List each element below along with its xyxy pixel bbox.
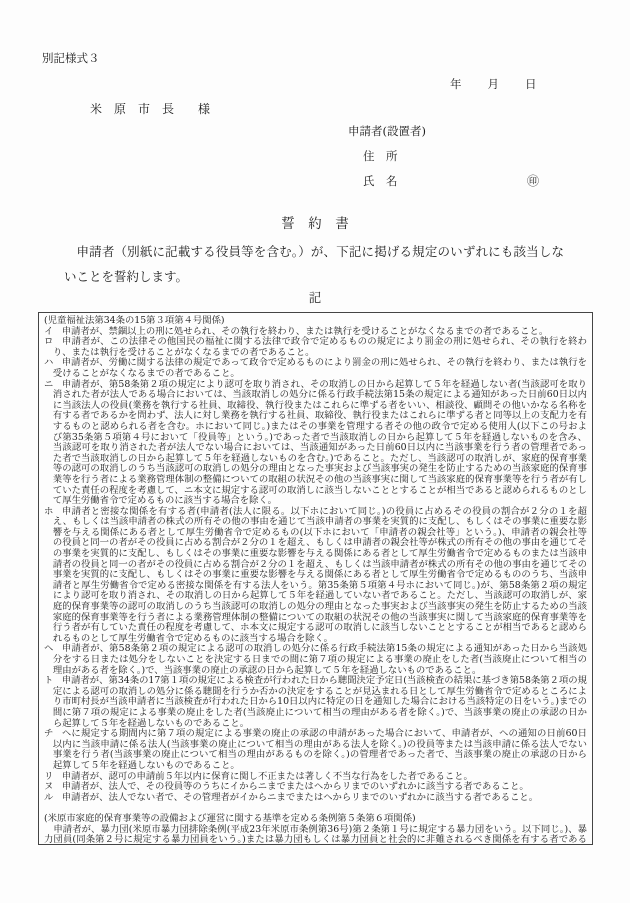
- item-text: 申請者と密接な関係を有する者(申請者(法人に限る。以下ホにおいて同じ。)の役員に…: [53, 506, 587, 644]
- item-text: 申請者が、この法律その他国民の福祉に関する法律で政令で定めるものの規定により罰金…: [53, 336, 587, 358]
- item-text: 申請者が、認可の申請前５年以内に保育に関し不正または著しく不当な行為をした者であ…: [62, 771, 473, 782]
- item-text: 申請者が、法人で、その役員等のうちにイからニまでまたはヘからリまでのいずれかに該…: [62, 781, 529, 792]
- form-number: 別記様式３: [42, 50, 100, 66]
- name-label: 氏 名: [363, 173, 398, 189]
- addressee-mayor: 米 原 市 長 様: [90, 100, 210, 117]
- item-text: 申請者が、第34条の17第１項の規定による検査が行われた日から聴聞決定予定日(当…: [53, 675, 587, 728]
- item-text: ヘに規定する期間内に第７項の規定による事業の廃止の承認の申請があった場合において…: [53, 728, 587, 771]
- pledge-item-chi: チヘに規定する期間内に第７項の規定による事業の廃止の承認の申請があった場合におい…: [44, 729, 587, 771]
- seal-mark: ㊞: [527, 172, 539, 189]
- item-marker: チ: [44, 728, 54, 739]
- document-title: 誓 約 書: [0, 212, 630, 232]
- pledge-item-ni: ニ申請者が、第58条第２項の規定により認可を取り消され、その取消しの日から起算し…: [44, 380, 587, 507]
- applicant-founder-label: 申請者(設置者): [348, 123, 426, 139]
- item-text: 申請者が、法人でない者で、その管理者がイからニまでまたはヘからリまでのいずれかに…: [62, 792, 538, 803]
- item-marker: イ: [44, 326, 53, 337]
- pledge-provisions-box: (児童福祉法第34条の15第３項第４号関係) イ申請者が、禁錮以上の刑に処せられ…: [38, 312, 593, 845]
- section2-body: 申請者が、暴力団(米原市暴力団排除条例(平成23年米原市条例第36号)第２条第１…: [44, 825, 587, 846]
- pledge-document-page: 別記様式３ 年 月 日 米 原 市 長 様 申請者(設置者) 住 所 氏 名 ㊞…: [0, 0, 630, 903]
- pledge-item-he: ヘ申請者が、第58条第２項の規定による認可の取消しの処分に係る行政手続法第15条…: [44, 644, 587, 676]
- oath-statement: 申請者（別紙に記載する役員等を含む。）が、下記に掲げる規定のいずれにも該当しない…: [64, 239, 564, 289]
- item-text: 申請者が、禁錮以上の刑に処せられ、その執行を終わり、または執行を受けることがなく…: [62, 326, 548, 337]
- item-marker: ヌ: [44, 781, 53, 792]
- pledge-item-ha: ハ申請者が、労働に関する法律の規定であって政令で定めるものにより罰金の刑に処せら…: [44, 358, 587, 379]
- item-marker: リ: [44, 771, 53, 782]
- pledge-item-ro: ロ申請者が、この法律その他国民の福祉に関する法律で政令で定めるものの規定により罰…: [44, 337, 587, 358]
- item-text: 申請者が、労働に関する法律の規定であって政令で定めるものにより罰金の刑に処せられ…: [53, 357, 587, 379]
- address-label: 住 所: [363, 148, 398, 164]
- item-marker: ル: [44, 792, 53, 803]
- pledge-item-to: ト申請者が、第34条の17第１項の規定による検査が行われた日から聴聞決定予定日(…: [44, 676, 587, 729]
- section2-heading: (米原市家庭的保育事業等の設備および運営に関する基準を定める条例第５条第６項関係…: [44, 814, 587, 825]
- item-marker: ニ: [44, 379, 53, 390]
- item-marker: ヘ: [44, 643, 53, 654]
- item-marker: ト: [44, 675, 53, 686]
- item-marker: ハ: [44, 357, 53, 368]
- name-row: 氏 名 ㊞: [363, 172, 539, 189]
- record-label: 記: [0, 288, 630, 306]
- date-line: 年 月 日: [450, 76, 538, 92]
- item-text: 申請者が、第58条第２項の規定による認可の取消しの処分に係る行政手続法第15条の…: [53, 643, 587, 675]
- item-text: 申請者が、第58条第２項の規定により認可を取り消され、その取消しの日から起算して…: [53, 379, 587, 507]
- pledge-item-ho: ホ申請者と密接な関係を有する者(申請者(法人に限る。以下ホにおいて同じ。)の役員…: [44, 507, 587, 645]
- item-marker: ロ: [44, 336, 54, 347]
- pledge-item-ru: ル申請者が、法人でない者で、その管理者がイからニまでまたはヘからリまでのいずれか…: [44, 793, 587, 804]
